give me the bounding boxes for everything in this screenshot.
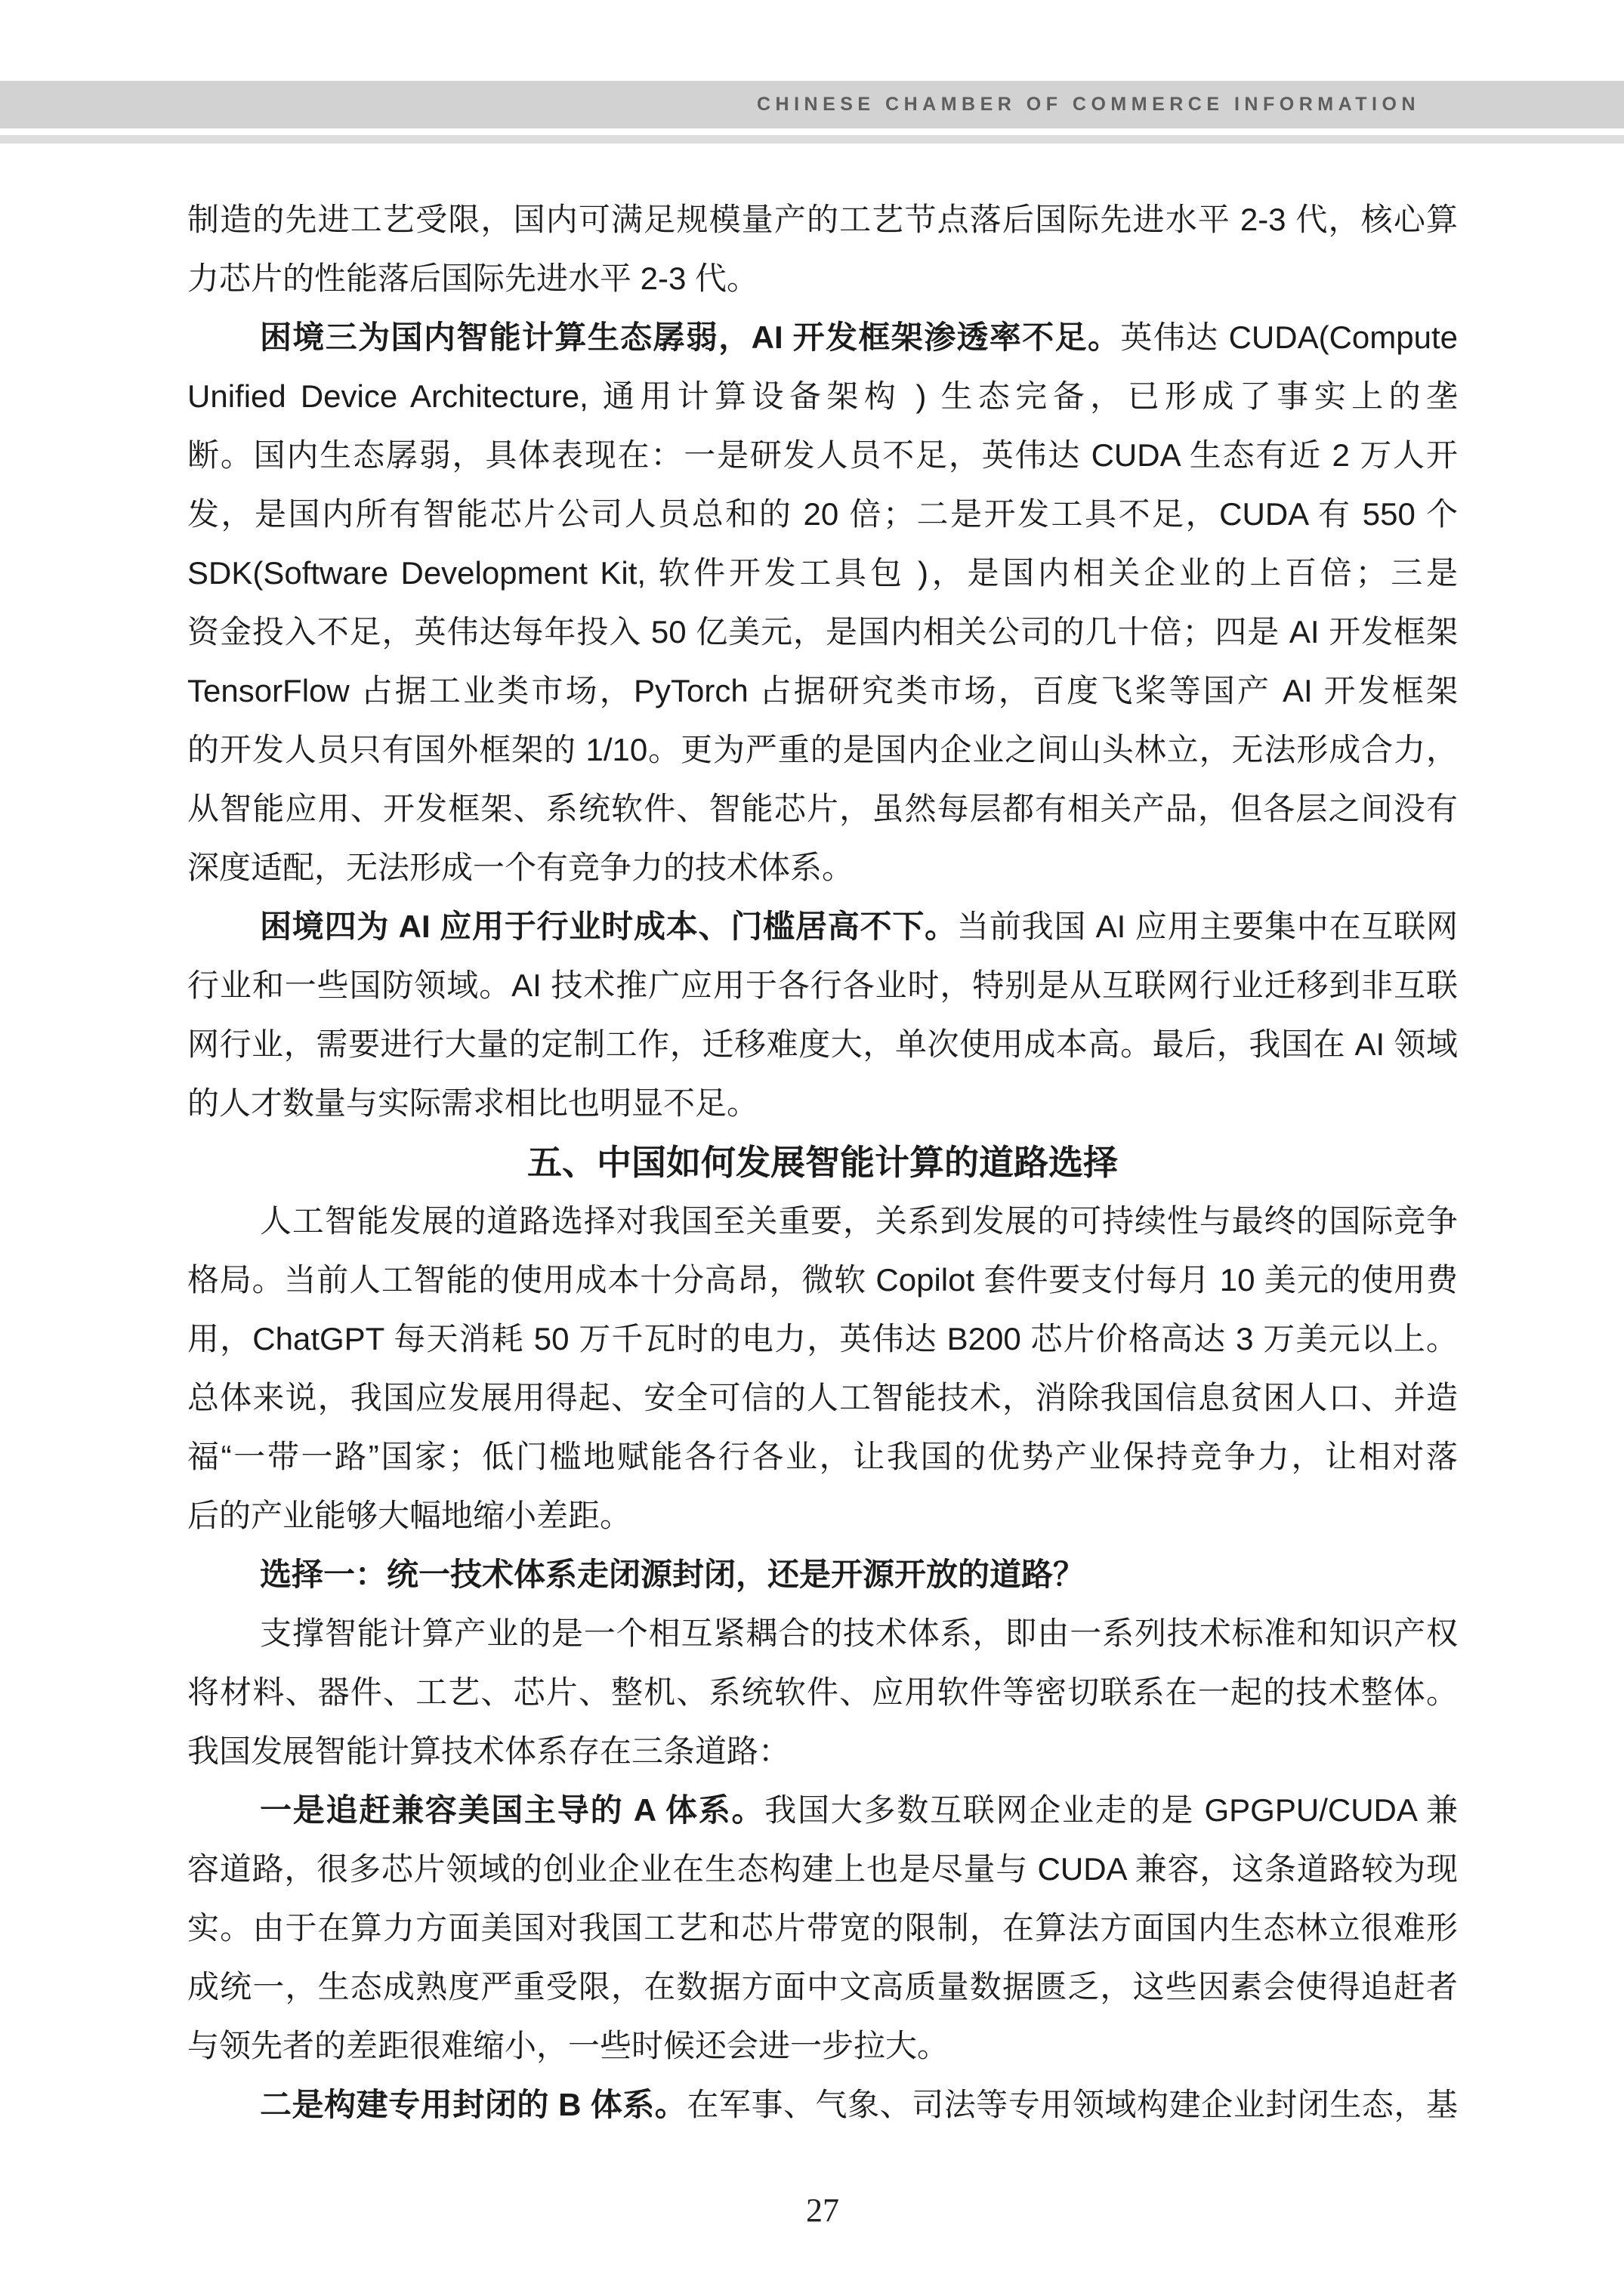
text-segment: 支撑智能计算产业的是一个相互紧耦合的技术体系，即由一系列技术标准和知识产权 [260, 1616, 1458, 1651]
text-segment: 福“一带一路”国家；低门槛地赋能各行各业，让我国的优势产业保持竞争力，让相对落 [187, 1439, 1458, 1474]
text-line: 总体来说，我国应发展用得起、安全可信的人工智能技术，消除我国信息贫困人口、并造 [187, 1369, 1458, 1427]
text-segment: 网行业，需要进行大量的定制工作，迁移难度大，单次使用成本高。最后，我国在 AI … [187, 1026, 1458, 1062]
bold-text-segment: 困境三为国内智能计算生态孱弱，AI 开发框架渗透率不足。 [260, 319, 1120, 355]
text-segment: 实。由于在算力方面美国对我国工艺和芯片带宽的限制，在算法方面国内生态林立很难形 [187, 1910, 1458, 1946]
text-line: 选择一：统一技术体系走闭源封闭，还是开源开放的道路？ [187, 1545, 1458, 1604]
text-line: 力芯片的性能落后国际先进水平 2-3 代。 [187, 249, 1458, 308]
text-line: 的开发人员只有国外框架的 1/10。更为严重的是国内企业之间山头林立，无法形成合… [187, 721, 1458, 779]
text-segment: 在军事、气象、司法等专用领域构建企业封闭生态，基 [687, 2087, 1458, 2122]
text-line: 从智能应用、开发框架、系统软件、智能芯片，虽然每层都有相关产品，但各层之间没有 [187, 779, 1458, 838]
text-line: 困境三为国内智能计算生态孱弱，AI 开发框架渗透率不足。英伟达 CUDA(Com… [187, 308, 1458, 367]
section-heading: 五、中国如何发展智能计算的道路选择 [187, 1133, 1458, 1192]
text-segment: 将材料、器件、工艺、芯片、整机、系统软件、应用软件等密切联系在一起的技术整体。 [187, 1674, 1458, 1710]
text-line: TensorFlow 占据工业类市场，PyTorch 占据研究类市场，百度飞桨等… [187, 662, 1458, 721]
text-segment: 力芯片的性能落后国际先进水平 2-3 代。 [187, 261, 758, 296]
text-line: 行业和一些国防领域。AI 技术推广应用于各行各业时，特别是从互联网行业迁移到非互… [187, 956, 1458, 1015]
bold-text-segment: 困境四为 AI 应用于行业时成本、门槛居高不下。 [260, 909, 957, 944]
text-line: 与领先者的差距很难缩小，一些时候还会进一步拉大。 [187, 2017, 1458, 2075]
text-segment: 与领先者的差距很难缩小，一些时候还会进一步拉大。 [187, 2028, 949, 2063]
text-line: 我国发展智能计算技术体系存在三条道路： [187, 1722, 1458, 1781]
text-line: SDK(Software Development Kit, 软件开发工具包 )，… [187, 544, 1458, 603]
text-segment: 后的产业能够大幅地缩小差距。 [187, 1498, 631, 1533]
text-segment: 人工智能发展的道路选择对我国至关重要，关系到发展的可持续性与最终的国际竞争 [260, 1203, 1458, 1239]
text-line: 网行业，需要进行大量的定制工作，迁移难度大，单次使用成本高。最后，我国在 AI … [187, 1015, 1458, 1074]
text-line: 将材料、器件、工艺、芯片、整机、系统软件、应用软件等密切联系在一起的技术整体。 [187, 1663, 1458, 1722]
text-segment: 成统一，生态成熟度严重受限，在数据方面中文高质量数据匮乏，这些因素会使得追赶者 [187, 1969, 1458, 2004]
text-segment: 总体来说，我国应发展用得起、安全可信的人工智能技术，消除我国信息贫困人口、并造 [187, 1380, 1458, 1415]
text-line: Unified Device Architecture, 通用计算设备架构 ) … [187, 367, 1458, 426]
text-segment: 断。国内生态孱弱，具体表现在：一是研发人员不足，英伟达 CUDA 生态有近 2 … [187, 437, 1458, 473]
bold-text-segment: 一是追赶兼容美国主导的 A 体系。 [260, 1792, 764, 1828]
text-segment: 当前我国 AI 应用主要集中在互联网 [957, 909, 1458, 944]
text-segment: 格局。当前人工智能的使用成本十分高昂，微软 Copilot 套件要支付每月 10… [187, 1262, 1458, 1298]
text-line: 用，ChatGPT 每天消耗 50 万千瓦时的电力，英伟达 B200 芯片价格高… [187, 1310, 1458, 1369]
text-line: 困境四为 AI 应用于行业时成本、门槛居高不下。当前我国 AI 应用主要集中在互… [187, 897, 1458, 956]
text-segment: 制造的先进工艺受限，国内可满足规模量产的工艺节点落后国际先进水平 2-3 代，核… [187, 202, 1458, 237]
text-segment: 我国大多数互联网企业走的是 GPGPU/CUDA 兼 [764, 1792, 1458, 1828]
text-line: 福“一带一路”国家；低门槛地赋能各行各业，让我国的优势产业保持竞争力，让相对落 [187, 1427, 1458, 1486]
document-page: CHINESE CHAMBER OF COMMERCE INFORMATION … [0, 0, 1624, 2293]
text-segment: 的人才数量与实际需求相比也明显不足。 [187, 1085, 758, 1121]
text-segment: 用，ChatGPT 每天消耗 50 万千瓦时的电力，英伟达 B200 芯片价格高… [187, 1321, 1458, 1356]
text-line: 发，是国内所有智能芯片公司人员总和的 20 倍；二是开发工具不足，CUDA 有 … [187, 485, 1458, 544]
text-line: 资金投入不足，英伟达每年投入 50 亿美元，是国内相关公司的几十倍；四是 AI … [187, 603, 1458, 662]
text-segment: 行业和一些国防领域。AI 技术推广应用于各行各业时，特别是从互联网行业迁移到非互… [187, 968, 1458, 1003]
text-line: 人工智能发展的道路选择对我国至关重要，关系到发展的可持续性与最终的国际竞争 [187, 1192, 1458, 1251]
text-segment: TensorFlow 占据工业类市场，PyTorch 占据研究类市场，百度飞桨等… [187, 673, 1458, 708]
text-line: 深度适配，无法形成一个有竞争力的技术体系。 [187, 838, 1458, 897]
text-line: 实。由于在算力方面美国对我国工艺和芯片带宽的限制，在算法方面国内生态林立很难形 [187, 1899, 1458, 1958]
text-line: 容道路，很多芯片领域的创业企业在生态构建上也是尽量与 CUDA 兼容，这条道路较… [187, 1840, 1458, 1899]
header-banner-title: CHINESE CHAMBER OF COMMERCE INFORMATION [757, 81, 1420, 128]
text-segment: 深度适配，无法形成一个有竞争力的技术体系。 [187, 850, 854, 885]
text-segment: 我国发展智能计算技术体系存在三条道路： [187, 1733, 790, 1769]
text-line: 一是追赶兼容美国主导的 A 体系。我国大多数互联网企业走的是 GPGPU/CUD… [187, 1781, 1458, 1840]
text-line: 的人才数量与实际需求相比也明显不足。 [187, 1074, 1458, 1133]
bold-text-segment: 选择一：统一技术体系走闭源封闭，还是开源开放的道路？ [260, 1557, 1085, 1592]
text-line: 断。国内生态孱弱，具体表现在：一是研发人员不足，英伟达 CUDA 生态有近 2 … [187, 426, 1458, 485]
header-banner: CHINESE CHAMBER OF COMMERCE INFORMATION [0, 81, 1624, 128]
text-line: 格局。当前人工智能的使用成本十分高昂，微软 Copilot 套件要支付每月 10… [187, 1251, 1458, 1310]
page-number: 27 [187, 2188, 1458, 2233]
text-segment: Unified Device Architecture, 通用计算设备架构 ) … [187, 378, 1458, 414]
bold-text-segment: 二是构建专用封闭的 B 体系。 [260, 2087, 687, 2122]
text-line: 后的产业能够大幅地缩小差距。 [187, 1486, 1458, 1545]
bold-text-segment: 五、中国如何发展智能计算的道路选择 [527, 1143, 1118, 1182]
text-segment: 从智能应用、开发框架、系统软件、智能芯片，虽然每层都有相关产品，但各层之间没有 [187, 791, 1458, 826]
text-segment: SDK(Software Development Kit, 软件开发工具包 )，… [187, 555, 1458, 591]
text-segment: 容道路，很多芯片领域的创业企业在生态构建上也是尽量与 CUDA 兼容，这条道路较… [187, 1851, 1458, 1887]
text-segment: 的开发人员只有国外框架的 1/10。更为严重的是国内企业之间山头林立，无法形成合… [187, 732, 1458, 767]
document-body: 制造的先进工艺受限，国内可满足规模量产的工艺节点落后国际先进水平 2-3 代，核… [187, 190, 1458, 2134]
text-line: 制造的先进工艺受限，国内可满足规模量产的工艺节点落后国际先进水平 2-3 代，核… [187, 190, 1458, 249]
text-line: 成统一，生态成熟度严重受限，在数据方面中文高质量数据匮乏，这些因素会使得追赶者 [187, 1958, 1458, 2017]
text-line: 二是构建专用封闭的 B 体系。在军事、气象、司法等专用领域构建企业封闭生态，基 [187, 2075, 1458, 2134]
text-segment: 资金投入不足，英伟达每年投入 50 亿美元，是国内相关公司的几十倍；四是 AI … [187, 614, 1458, 650]
header-divider-stripe [0, 135, 1624, 144]
text-line: 支撑智能计算产业的是一个相互紧耦合的技术体系，即由一系列技术标准和知识产权 [187, 1604, 1458, 1663]
text-segment: 发，是国内所有智能芯片公司人员总和的 20 倍；二是开发工具不足，CUDA 有 … [187, 496, 1458, 532]
text-segment: 英伟达 CUDA(Compute [1120, 319, 1458, 355]
